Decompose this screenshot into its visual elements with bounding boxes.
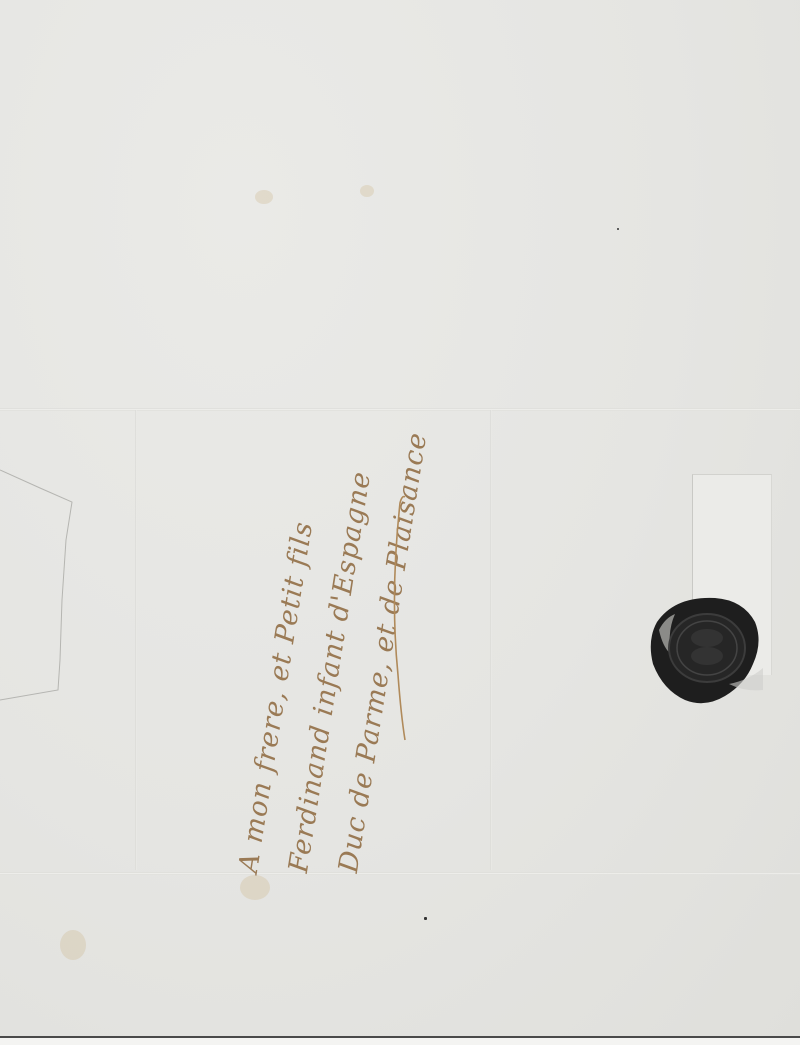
vertical-fold-left <box>135 410 137 870</box>
horizontal-fold-bottom <box>0 872 800 875</box>
stain <box>360 185 374 197</box>
vertical-fold-center <box>490 410 492 870</box>
ink-speck <box>424 917 427 920</box>
wax-seal <box>645 592 765 712</box>
stain <box>240 875 270 900</box>
ink-flourish-line <box>388 495 418 745</box>
ink-speck <box>617 228 619 230</box>
horizontal-fold-top <box>0 408 800 411</box>
stain <box>60 930 86 960</box>
paper-tear-edge <box>0 460 90 720</box>
address-block: A mon frere, et Petit fils Ferdinand inf… <box>215 430 355 870</box>
letter-paper: A mon frere, et Petit fils Ferdinand inf… <box>0 0 800 1038</box>
stain <box>255 190 273 204</box>
